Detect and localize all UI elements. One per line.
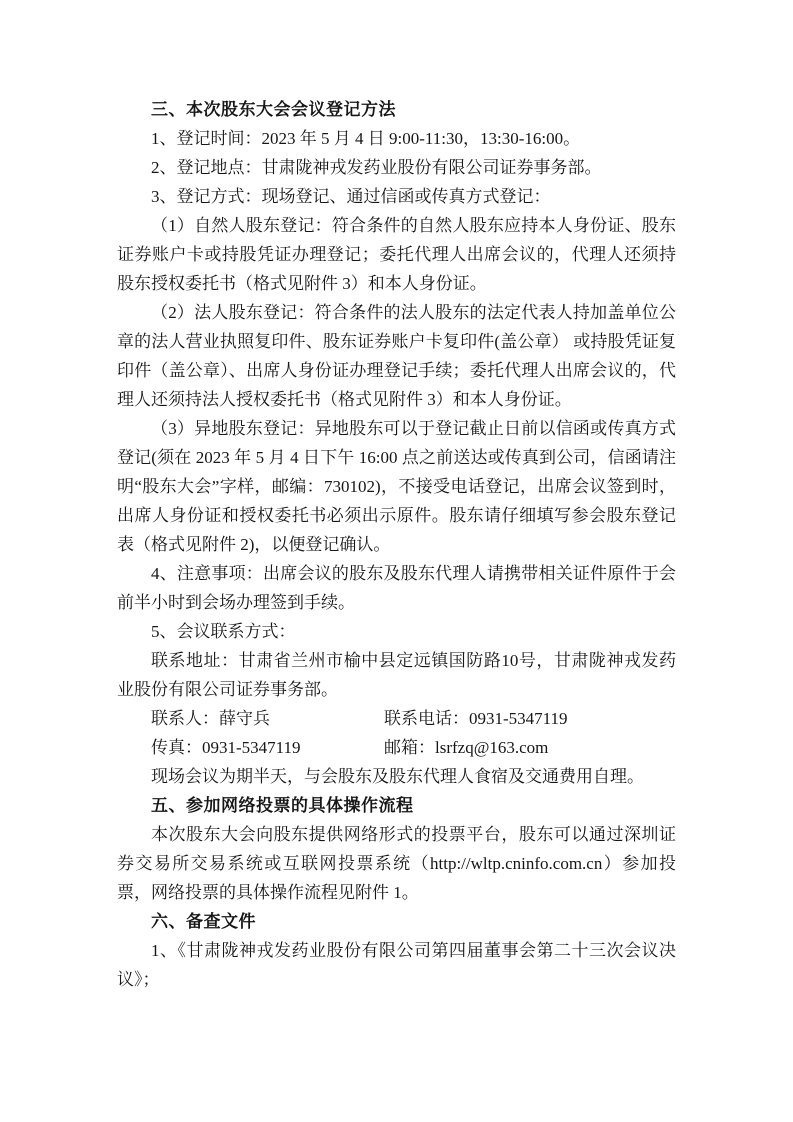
para-registration-time: 1、登记时间：2023 年 5 月 4 日 9:00-11:30，13:30-1… (117, 124, 676, 153)
contact-row-fax: 传真：0931-5347119邮箱：lsrfzq@163.com (117, 733, 676, 762)
para-natural-person-registration: （1）自然人股东登记：符合条件的自然人股东应持本人身份证、股东证券账户卡或持股凭… (117, 211, 676, 298)
para-onsite-note: 现场会议为期半天，与会股东及股东代理人食宿及交通费用自理。 (117, 762, 676, 791)
contact-fax: 传真：0931-5347119 (151, 733, 384, 762)
para-online-voting: 本次股东大会向股东提供网络形式的投票平台，股东可以通过深圳证券交易所交易系统或互… (117, 820, 676, 907)
section-online-voting-heading: 五、参加网络投票的具体操作流程 (117, 791, 676, 820)
para-reference-document-1: 1、《甘肃陇神戎发药业股份有限公司第四届董事会第二十三次会议决议》； (117, 936, 676, 994)
contact-email: 邮箱：lsrfzq@163.com (384, 733, 548, 762)
para-remote-shareholder-registration: （3）异地股东登记：异地股东可以于登记截止日前以信函或传真方式登记(须在 202… (117, 414, 676, 559)
section-documents-heading: 六、备查文件 (117, 907, 676, 936)
contact-phone: 联系电话：0931-5347119 (384, 704, 568, 733)
contact-row-person: 联系人：薛守兵联系电话：0931-5347119 (117, 704, 676, 733)
section-registration-heading: 三、本次股东大会会议登记方法 (117, 95, 676, 124)
para-registration-method: 3、登记方式：现场登记、通过信函或传真方式登记： (117, 182, 676, 211)
document-page: 三、本次股东大会会议登记方法 1、登记时间：2023 年 5 月 4 日 9:0… (0, 0, 793, 1122)
contact-person: 联系人：薛守兵 (151, 704, 384, 733)
para-contact-method: 5、会议联系方式： (117, 617, 676, 646)
para-notes: 4、注意事项：出席会议的股东及股东代理人请携带相关证件原件于会前半小时到会场办理… (117, 559, 676, 617)
para-registration-place: 2、登记地点：甘肃陇神戎发药业股份有限公司证券事务部。 (117, 153, 676, 182)
para-contact-address: 联系地址：甘肃省兰州市榆中县定远镇国防路10号，甘肃陇神戎发药业股份有限公司证券… (117, 646, 676, 704)
para-legal-person-registration: （2）法人股东登记：符合条件的法人股东的法定代表人持加盖单位公章的法人营业执照复… (117, 298, 676, 414)
